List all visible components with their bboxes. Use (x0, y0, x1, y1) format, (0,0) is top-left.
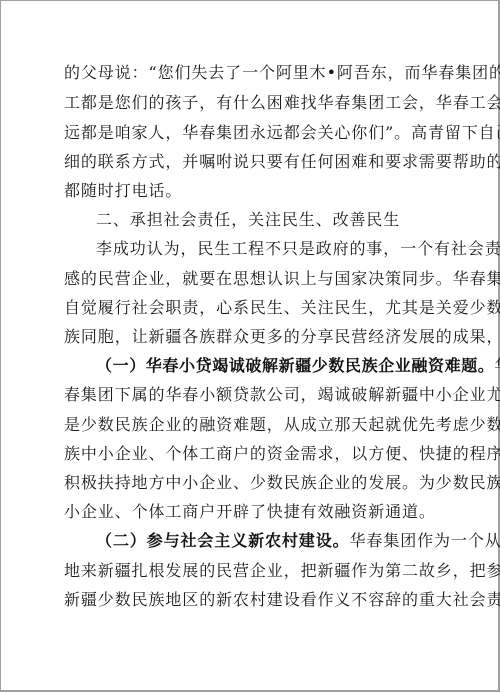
text-line: 新疆少数民族地区的新农村建设看作义不容辞的重大社会责任 (64, 590, 436, 610)
text-line: 远都是咱家人，华春集团永远都会关心你们”。高青留下自己详 (64, 123, 436, 143)
section-heading: 二、承担社会责任，关注民生、改善民生 (96, 210, 436, 230)
text-line: 是少数民族企业的融资难题，从成立那天起就优先考虑少数民 (64, 415, 436, 435)
subsection-2-heading-line: （二）参与社会主义新农村建设。华春集团作为一个从内 (96, 531, 436, 551)
text-line: 自觉履行社会职责，心系民生、关注民生，尤其是关爱少数民 (64, 298, 436, 318)
text-line: 李成功认为，民生工程不只是政府的事，一个有社会责任 (96, 239, 436, 259)
text-line: 族中小企业、个体工商户的资金需求，以方便、快捷的程序， (64, 444, 436, 464)
text-line: 都随时打电话。 (64, 181, 436, 201)
subsection-1-heading-tail: 华 (494, 356, 500, 375)
text-line: 感的民营企业，就要在思想认识上与国家决策同步。华春集团 (64, 269, 436, 289)
text-line: 族同胞，让新疆各族群众更多的分享民营经济发展的成果， (64, 327, 436, 347)
subsection-1-heading-line: （一）华春小贷竭诚破解新疆少数民族企业融资难题。华 (96, 356, 436, 376)
document-page: 的父母说：“您们失去了一个阿里木•阿吾东，而华春集团的员 工都是您们的孩子，有什… (0, 0, 500, 692)
text-line: 积极扶持地方中小企业、少数民族企业的发展。为少数民族中 (64, 473, 436, 493)
subsection-2-heading-tail: 华春集团作为一个从内 (350, 531, 500, 550)
subsection-1-heading: （一）华春小贷竭诚破解新疆少数民族企业融资难题。 (96, 356, 494, 375)
text-line: 小企业、个体工商户开辟了快捷有效融资新通道。 (64, 502, 436, 522)
text-line: 的父母说：“您们失去了一个阿里木•阿吾东，而华春集团的员 (64, 63, 436, 83)
text-line: 春集团下属的华春小额贷款公司，竭诚破解新疆中小企业尤其 (64, 385, 436, 405)
text-line: 地来新疆扎根发展的民营企业，把新疆作为第二故乡，把参与 (64, 561, 436, 581)
subsection-2-heading: （二）参与社会主义新农村建设。 (96, 531, 350, 550)
text-line: 细的联系方式，并嘱咐说只要有任何困难和要求需要帮助的， (64, 152, 436, 172)
text-line: 工都是您们的孩子，有什么困难找华春集团工会，华春工会永 (64, 93, 436, 113)
